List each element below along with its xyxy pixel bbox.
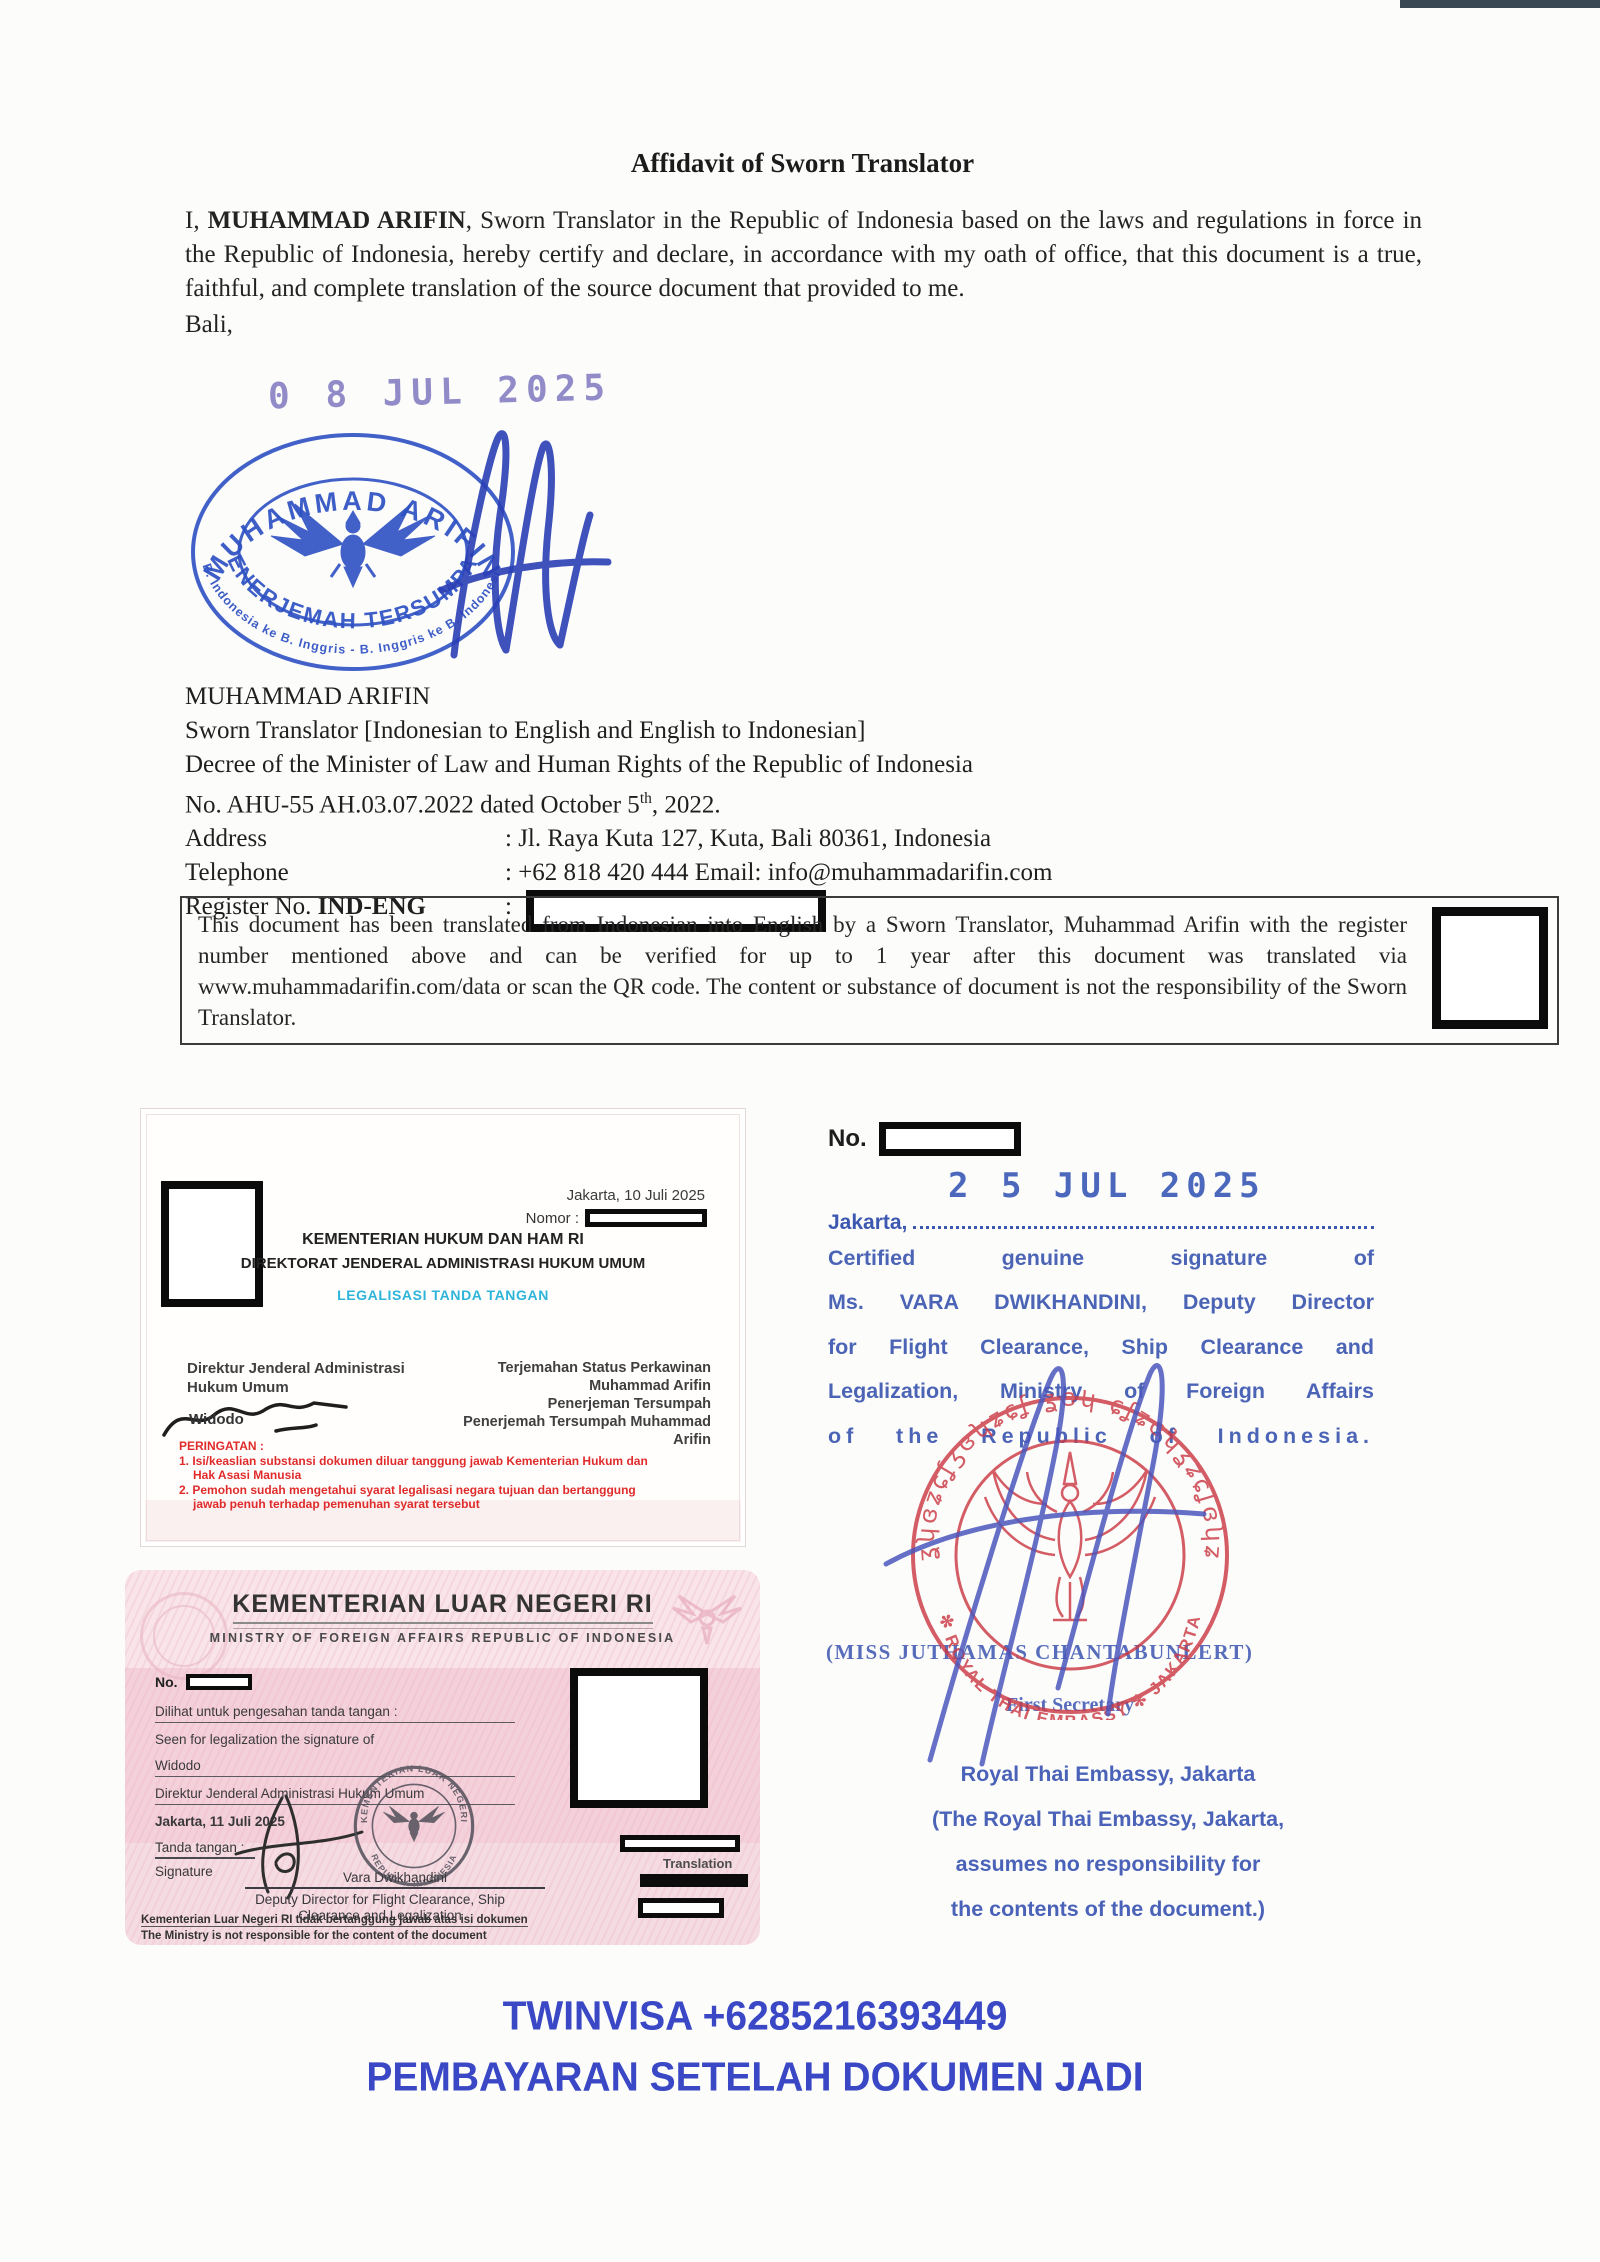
mofa-field-dilihat: Dilihat untuk pengesahan tanda tangan :	[155, 1704, 515, 1723]
decree-no-post: , 2022.	[652, 791, 721, 818]
verification-notice-box: This document has been translated from I…	[180, 896, 1559, 1045]
mofa-qr-redaction-box	[570, 1668, 708, 1808]
ahu-nomor-redaction-bar	[585, 1209, 707, 1227]
ahu-right-line: Penerjeman Tersumpah	[463, 1395, 711, 1413]
qr-code-placeholder	[1432, 907, 1548, 1029]
affidavit-paragraph: I, MUHAMMAD ARIFIN, Sworn Translator in …	[185, 204, 1422, 342]
embassy-org-line1: Royal Thai Embassy, Jakarta	[828, 1762, 1388, 1787]
ahu-ministry-title: KEMENTERIAN HUKUM DAN HAM RI	[141, 1231, 745, 1249]
mofa-stamp-garuda-icon	[383, 1806, 444, 1841]
footer-line1: TWINVISA +6285216393449	[155, 1986, 1355, 2047]
embassy-cert-line1: Certified genuine signature of	[828, 1246, 1374, 1271]
page-title: Affidavit of Sworn Translator	[185, 148, 1420, 179]
embassy-place-label: Jakarta,	[828, 1211, 907, 1235]
ahu-warning-line1: 1. Isi/keaslian substansi dokumen diluar…	[179, 1454, 659, 1483]
ahu-right-line: Muhammad Arifin	[463, 1377, 711, 1395]
ahu-right-subject-block: Terjemahan Status Perkawinan Muhammad Ar…	[463, 1359, 711, 1449]
ahu-signer-name: Widodo	[189, 1411, 244, 1428]
ahu-right-line: Terjemahan Status Perkawinan	[463, 1359, 711, 1377]
mofa-legalization-card: KEMENTERIAN LUAR NEGERI RI MINISTRY OF F…	[125, 1570, 760, 1945]
scan-artifact-bar	[1400, 0, 1600, 8]
mofa-redaction-bar-1	[620, 1835, 740, 1852]
mofa-sign-label-en: Signature	[155, 1864, 213, 1879]
ahu-right-line: Penerjemah Tersumpah Muhammad	[463, 1413, 711, 1431]
mofa-signer-name: Vara Dwikhandini	[245, 1870, 545, 1889]
info-decree-number: No. AHU-55 AH.03.07.2022 dated October 5…	[185, 782, 1422, 822]
ahu-subject-title: LEGALISASI TANDA TANGAN	[141, 1287, 745, 1303]
ahu-official-signature	[156, 1387, 366, 1442]
address-label: Address	[185, 822, 505, 856]
ahu-warning-line2: 2. Pemohon sudah mengetahui syarat legal…	[179, 1483, 659, 1512]
mofa-disclaimer-id: Kementerian Luar Negeri RI tidak bertang…	[141, 1914, 528, 1927]
embassy-no-redaction-box	[879, 1122, 1021, 1156]
scanned-affidavit-page: Affidavit of Sworn Translator I, MUHAMMA…	[0, 0, 1600, 2262]
ahu-left-title-line1: Direktur Jenderal Administrasi	[187, 1359, 405, 1378]
footer-line2: PEMBAYARAN SETELAH DOKUMEN JADI	[155, 2047, 1355, 2108]
mofa-no-label: No.	[155, 1674, 178, 1690]
ahu-nomor-label: Nomor :	[526, 1210, 579, 1227]
embassy-cert-line2: Ms. VARA DWIKHANDINI, Deputy Director	[828, 1290, 1374, 1315]
info-decree: Decree of the Minister of Law and Human …	[185, 748, 1422, 782]
dotted-leader-line	[913, 1206, 1374, 1229]
mofa-disclaimer-en: The Ministry is not responsible for the …	[141, 1930, 487, 1942]
mofa-redaction-bar-3	[638, 1898, 724, 1918]
translation-date-stamp: 0 8 JUL 2025	[268, 368, 613, 418]
mofa-signer-title1: Deputy Director for Flight Clearance, Sh…	[215, 1892, 545, 1907]
embassy-officer-signature	[878, 1352, 1218, 1782]
ahu-warning-block: PERINGATAN : 1. Isi/keaslian substansi d…	[179, 1439, 659, 1512]
ahu-legalization-document: Jakarta, 10 Juli 2025 Nomor : KEMENTERIA…	[140, 1108, 746, 1547]
phone-label: Telephone	[185, 856, 505, 890]
mofa-redaction-bar-2	[640, 1874, 748, 1887]
info-role: Sworn Translator [Indonesian to English …	[185, 714, 1422, 748]
embassy-no-label: No.	[828, 1125, 867, 1153]
ahu-date-line: Jakarta, 10 Juli 2025	[567, 1187, 705, 1204]
address-value: : Jl. Raya Kuta 127, Kuta, Bali 80361, I…	[505, 822, 991, 856]
info-name: MUHAMMAD ARIFIN	[185, 680, 1422, 714]
embassy-org-line2: (The Royal Thai Embassy, Jakarta,	[828, 1807, 1388, 1832]
ahu-warning-title: PERINGATAN :	[179, 1439, 659, 1454]
mofa-field-seen: Seen for legalization the signature of	[155, 1732, 515, 1747]
mofa-no-row: No.	[155, 1674, 252, 1690]
mofa-title-rule	[233, 1622, 653, 1629]
translator-info-block: MUHAMMAD ARIFIN Sworn Translator [Indone…	[185, 680, 1422, 932]
decree-no-pre: No. AHU-55 AH.03.07.2022 dated October 5	[185, 791, 640, 818]
ahu-directorate-title: DIREKTORAT JENDERAL ADMINISTRASI HUKUM U…	[141, 1255, 745, 1272]
notice-text: This document has been translated from I…	[198, 912, 1407, 1030]
decree-no-sup: th	[640, 790, 652, 807]
place-line: Bali,	[185, 308, 1422, 342]
info-phone-row: Telephone : +62 818 420 444 Email: info@…	[185, 856, 1422, 890]
info-address-row: Address : Jl. Raya Kuta 127, Kuta, Bali …	[185, 822, 1422, 856]
embassy-place-line: Jakarta,	[828, 1206, 1374, 1235]
affidavit-translator-name: MUHAMMAD ARIFIN	[208, 207, 466, 234]
mofa-translation-label: Translation	[663, 1856, 732, 1871]
mofa-title: KEMENTERIAN LUAR NEGERI RI	[125, 1590, 760, 1619]
ahu-nomor-row: Nomor :	[526, 1209, 707, 1227]
phone-value: : +62 818 420 444 Email: info@muhammadar…	[505, 856, 1052, 890]
footer-ad-block: TWINVISA +6285216393449 PEMBAYARAN SETEL…	[155, 1986, 1355, 2109]
embassy-org-line3: assumes no responsibility for	[828, 1852, 1388, 1877]
mofa-subtitle: MINISTRY OF FOREIGN AFFAIRS REPUBLIC OF …	[125, 1631, 760, 1645]
translator-signature	[436, 420, 616, 670]
embassy-date-stamp: 2 5 JUL 2025	[948, 1166, 1266, 1206]
embassy-org-line4: the contents of the document.)	[828, 1897, 1388, 1922]
embassy-no-row: No.	[828, 1122, 1021, 1156]
affidavit-intro-prefix: I,	[185, 207, 208, 234]
mofa-no-redaction-bar	[186, 1674, 252, 1690]
